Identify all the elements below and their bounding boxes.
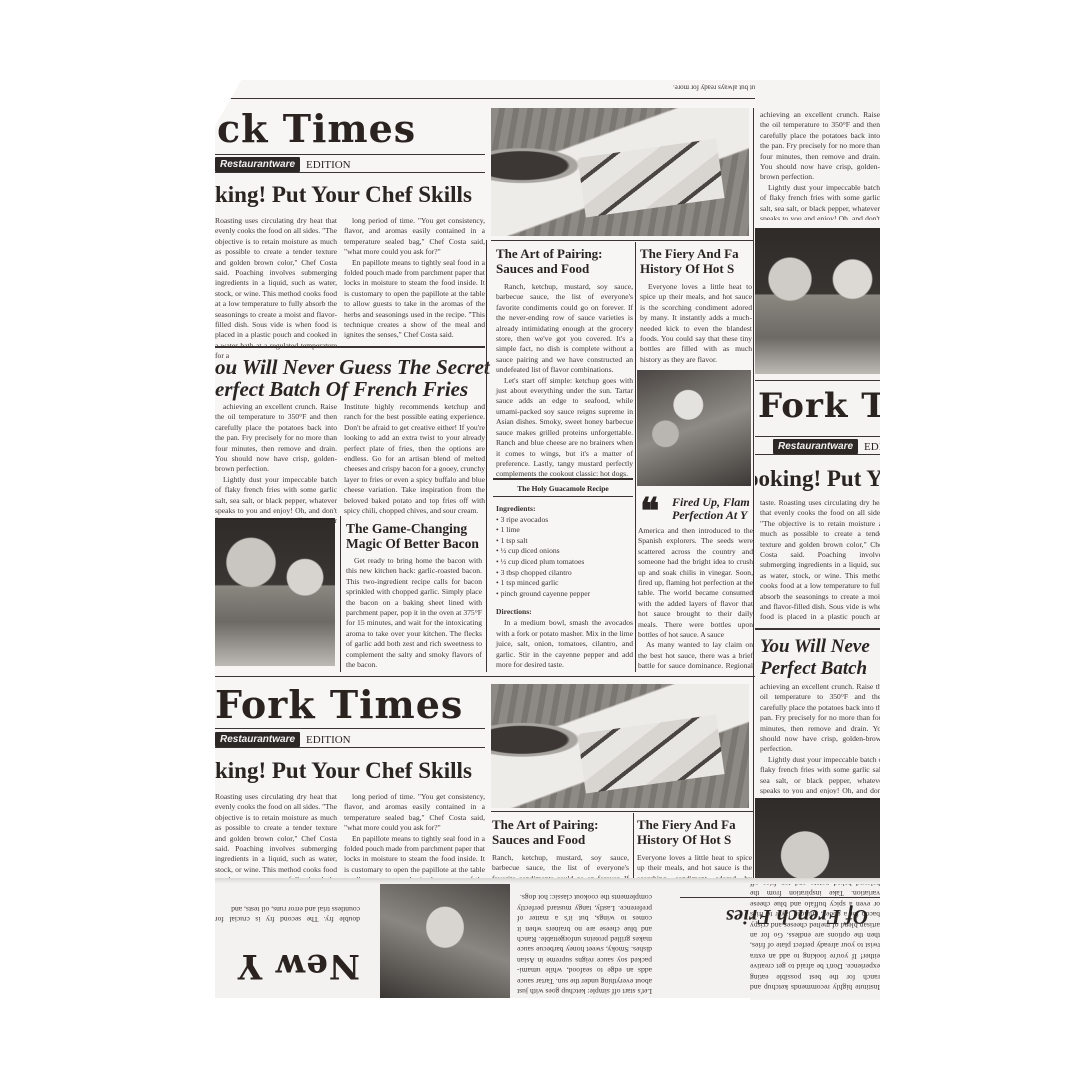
paragraph: Lightly dust your impeccable batch of fl… [760, 755, 880, 794]
article-pairing-2: Ranch, ketchup, mustard, soy sauce, barb… [492, 853, 629, 879]
edition-label: EDITION [306, 159, 351, 171]
paragraph: Ranch, ketchup, mustard, soy sauce, barb… [496, 282, 633, 376]
article-fiery-2: Everyone loves a little heat to spice up… [637, 853, 752, 879]
headline-art-of-pairing: The Art of Pairing: Sauces and Food [496, 246, 603, 276]
directions-text: In a medium bowl, smash the avocados wit… [496, 618, 633, 671]
directions-label: Directions: [496, 607, 633, 618]
paragraph: Lightly dust your impeccable batch of fl… [760, 183, 880, 220]
edition-banner: Restaurantware EDITION [215, 157, 351, 172]
bottom-fold-flap: Institute highly recommends ketchup and … [215, 880, 880, 998]
restaurantware-logo: Restaurantware [773, 439, 858, 454]
ingredient: 3 ripe avocados [496, 515, 633, 526]
flipped-photo-salad [380, 880, 510, 998]
photo-detail [578, 715, 725, 794]
photo-rule [491, 811, 753, 812]
headline-art-of-pairing-2: The Art of Pairing: Sauces and Food [492, 817, 599, 847]
side-rule [755, 436, 880, 437]
edition-rule [215, 747, 485, 748]
side-fries-text-2: achieving an excellent crunch. Raise the… [760, 682, 880, 794]
article-chef-col2: long period of time. "You get consistenc… [344, 216, 485, 341]
side-edition-banner: Restaurantware EDITION [773, 439, 880, 454]
masthead-rule [215, 154, 485, 155]
headline-fiery-history: The Fiery And Fa History Of Hot S [640, 246, 739, 276]
masthead-top: ck Times [217, 106, 416, 151]
article-fiery: Everyone loves a little heat to spice up… [640, 282, 752, 366]
side-headline-fries-2: Perfect Batch [760, 658, 867, 680]
headline-line: History Of Hot S [640, 261, 739, 276]
headline-line: History Of Hot S [637, 832, 736, 847]
ingredient: ½ cup diced plum tomatoes [496, 557, 633, 568]
headline-line: The Fiery And Fa [637, 817, 736, 832]
ingredient: ½ cup diced onions [496, 546, 633, 557]
headline-line: The Art of Pairing: [492, 817, 599, 832]
newspaper-bag: burned out but always ready for more. ck… [215, 80, 880, 998]
side-rule [755, 628, 880, 630]
masthead-rule [215, 728, 485, 729]
article-chef-col2-2: long period of time. "You get consistenc… [344, 792, 485, 878]
restaurantware-logo: Restaurantware [215, 732, 300, 747]
photo-rule [491, 240, 753, 241]
headline-line: Sauces and Food [492, 832, 599, 847]
paragraph: achieving an excellent crunch. Raise the… [760, 682, 880, 755]
ingredient: 1 tsp salt [496, 536, 633, 547]
headline-line: Sauces and Food [496, 261, 603, 276]
section-divider [215, 346, 485, 348]
headline-line: Magic Of Better Bacon [346, 536, 479, 551]
recipe-body: Ingredients: 3 ripe avocados 1 lime 1 ts… [496, 504, 633, 671]
paragraph: Tracing back the origin of where our sto… [640, 365, 752, 366]
headline-line: The Art of Pairing: [496, 246, 603, 261]
side-panel: achieving an excellent crunch. Raise the… [755, 80, 880, 880]
column-rule [486, 240, 487, 672]
side-masthead: Fork T [758, 386, 880, 426]
flipped-masthead: New Y [237, 946, 360, 986]
article-fries-col1: achieving an excellent crunch. Raise the… [215, 402, 337, 537]
paragraph: long period of time. "You get consistenc… [344, 216, 485, 258]
photo-fried-food-cups [215, 518, 335, 666]
paragraph: Everyone loves a little heat to spice up… [640, 282, 752, 365]
paragraph: America and then introduced to the Spani… [638, 526, 753, 640]
flipped-headline-french-fries: Of French Fries [726, 906, 868, 928]
edition-rule [215, 172, 485, 173]
side-photo-fried-food-2 [755, 798, 880, 880]
restaurantware-logo: Restaurantware [215, 157, 300, 172]
recipe-rule [493, 478, 633, 480]
side-chef-text: taste. Roasting uses circulating dry hea… [760, 498, 880, 622]
article-fired-up: America and then introduced to the Spani… [638, 526, 753, 672]
article-fries-col2: Institute highly recommends ketchup and … [344, 402, 485, 516]
side-fries-text: achieving an excellent crunch. Raise the… [760, 110, 880, 220]
column-rule [635, 242, 636, 672]
photo-spring-rolls-2 [491, 684, 749, 808]
side-rule [755, 454, 880, 455]
paragraph: En papillote means to tightly seal food … [344, 834, 485, 878]
article-bacon: Get ready to bring home the bacon with t… [346, 556, 482, 670]
ingredients-list: 3 ripe avocados 1 lime 1 tsp salt ½ cup … [496, 515, 633, 600]
ingredient: pinch ground cayenne pepper [496, 589, 633, 600]
headline-line: The Game-Changing [346, 521, 479, 536]
paragraph: achieving an excellent crunch. Raise the… [760, 110, 880, 183]
flipped-pairing-text: Let's start off simple: ketchup goes wit… [517, 892, 652, 996]
ingredient: 1 tsp minced garlic [496, 578, 633, 589]
paragraph: Get ready to bring home the bacon with t… [346, 556, 482, 670]
edition-label: EDITION [864, 441, 880, 453]
headline-bacon: The Game-Changing Magic Of Better Bacon [346, 521, 479, 551]
flipped-rule [680, 897, 880, 898]
column-rule [340, 516, 341, 672]
article-chef-col1: Roasting uses circulating dry heat that … [215, 216, 337, 362]
ingredient: 3 tbsp chopped cilantro [496, 568, 633, 579]
paragraph: Let's start off simple: ketchup goes wit… [496, 376, 633, 480]
side-headline-fries-1: You Will Neve [760, 636, 870, 658]
paragraph: En papillote means to tightly seal food … [344, 258, 485, 341]
headline-french-fries-2: erfect Batch Of French Fries [215, 378, 468, 400]
quote-mark-icon: ❝ [640, 496, 659, 526]
ingredients-label: Ingredients: [496, 504, 633, 515]
ingredient: 1 lime [496, 525, 633, 536]
pull-quote: Fired Up, Flam Perfection At Y [672, 496, 750, 522]
photo-salad-plate [637, 370, 751, 486]
side-rule [755, 380, 880, 381]
headline-french-fries-1: ou Will Never Guess The Secret [215, 356, 490, 378]
column-rule [633, 813, 634, 883]
fold-crease [215, 878, 880, 884]
side-headline-chef-skills: ooking! Put Y [755, 466, 880, 492]
masthead-middle: Fork Times [215, 682, 463, 727]
paragraph: long period of time. "You get consistenc… [344, 792, 485, 834]
headline-fiery-history-2: The Fiery And Fa History Of Hot S [637, 817, 736, 847]
paragraph: achieving an excellent crunch. Raise the… [215, 402, 337, 475]
article-chef-col1-2: Roasting uses circulating dry heat that … [215, 792, 337, 878]
top-divider [215, 98, 755, 99]
side-seam [753, 108, 754, 880]
flipped-fragment-text: double fry. The second fry is crucial fo… [215, 903, 360, 924]
paragraph: As many wanted to lay claim on the best … [638, 640, 753, 672]
side-photo-fried-food [755, 228, 880, 374]
photo-spring-rolls [491, 108, 749, 236]
quote-line: Perfection At Y [672, 509, 750, 522]
edition-banner-2: Restaurantware EDITION [215, 732, 351, 747]
recipe-rule [493, 496, 633, 497]
article-pairing: Ranch, ketchup, mustard, soy sauce, barb… [496, 282, 633, 480]
photo-detail [578, 139, 725, 218]
headline-line: The Fiery And Fa [640, 246, 739, 261]
headline-chef-skills-2: king! Put Your Chef Skills [215, 758, 472, 784]
recipe-title: The Holy Guacamole Recipe [493, 484, 633, 493]
section-divider [215, 676, 755, 677]
headline-chef-skills: king! Put Your Chef Skills [215, 182, 472, 208]
edition-label: EDITION [306, 734, 351, 746]
